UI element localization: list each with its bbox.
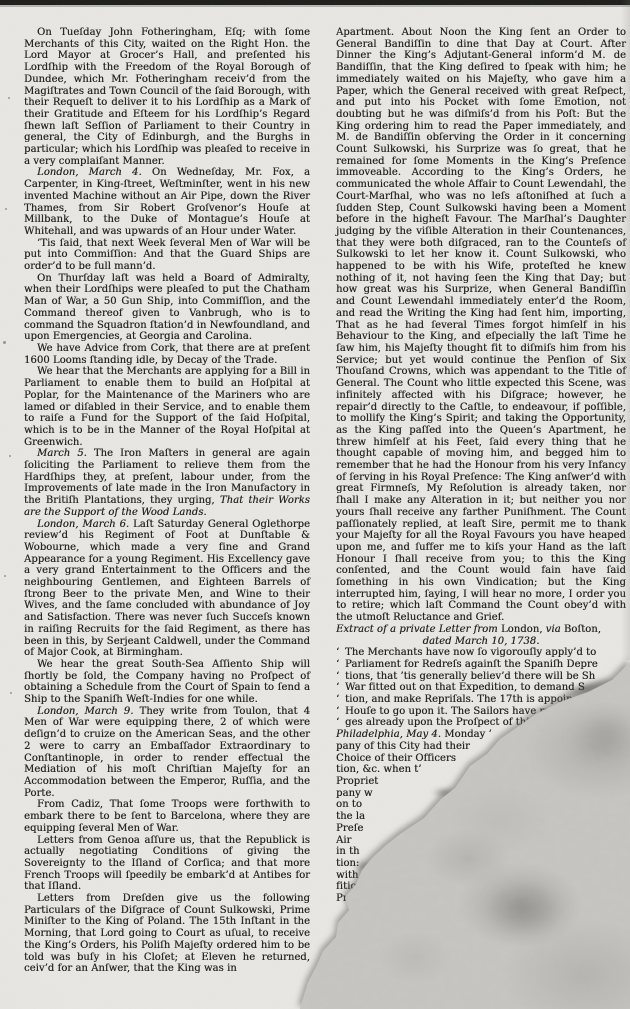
paragraph: March 5. The Iron Maſters in general are… [24,448,310,518]
right-edge-shading [621,0,630,660]
text-segment: Extract of a private Letter from [336,624,501,635]
newspaper-page: On Tueſday John Fotheringham, Eſq; with … [0,0,630,1009]
paragraph: We have Advice from Cork, that there are… [24,343,310,366]
fragment-line: tion: [336,858,626,870]
text-segment: ges already upon the Proſpect of thi [345,717,529,728]
text-segment: On Tueſday John Fotheringham, Eſq; with … [24,27,310,167]
quote-mark: ‘ [336,706,345,718]
paragraph: Letters from Dreſden give us the followi… [24,893,310,975]
text-segment: tions, that ’tis generally believ’d ther… [345,671,595,682]
text-segment: March 5. [37,448,87,459]
right-column: Apartment. About Noon the King ſent an O… [336,27,626,905]
quote-mark: ‘ [336,659,345,671]
text-segment: Choice of their Officers [336,753,456,764]
paragraph: Letters from Genoa aſſure us, that the R… [24,835,310,894]
quote-mark: ‘ [336,717,345,729]
text-segment: Monday ’ [441,729,492,740]
text-segment: On Thurſday laſt was held a Board of Adm… [24,273,310,343]
text-segment: ’Tis ſaid, that next Week ſeveral Men of… [24,238,310,272]
fragment-line: in th [336,846,626,858]
quote-mark: ‘ [336,682,345,694]
paragraph: London, March 4. On Wedneſday, Mr. Fox, … [24,167,310,237]
text-segment: Apartment. About Noon the King ſent an O… [336,27,626,623]
text-segment: fitior [336,881,361,892]
text-segment: We hear the great South-Sea Aſſiento Shi… [24,659,310,705]
ink-speck [3,341,6,344]
quote-mark: ‘ [336,694,345,706]
text-segment: Pro- [336,893,357,904]
text-segment: Boſton, [564,624,601,635]
text-segment: Parliament for Redreſs againſt the Spani… [345,659,598,670]
fragment-line: with [336,870,626,882]
text-segment: on to [336,799,362,810]
text-segment: We have Advice from Cork, that there are… [24,343,310,366]
fragment-line: tion, &c. when t’ [336,764,626,776]
text-segment: Letters from Genoa aſſure us, that the R… [24,835,310,893]
paragraph: London, March 6. Laſt Saturday General O… [24,519,310,659]
text-segment: London, March 6. [37,519,129,530]
text-segment: We hear that the Merchants are applying … [24,366,310,447]
quote-mark: ‘ [336,671,345,683]
text-segment: Philadelphia, May 4. [336,729,441,740]
left-column: On Tueſday John Fotheringham, Eſq; with … [24,27,310,975]
text-segment: in th [336,846,360,857]
text-segment: dated March 10, 1738. [423,636,540,647]
fragment-line: Propriet [336,776,626,788]
ink-speck [4,575,6,577]
text-segment: tion, &c. when t’ [336,764,421,775]
tear-dark-patch [470,870,580,950]
text-segment: War fitted out on that Expedition, to de… [345,682,585,693]
paragraph: We hear that the Merchants are applying … [24,366,310,448]
ink-speck [5,208,7,210]
paragraph: We hear the great South-Sea Aſſiento Shi… [24,659,310,706]
fragment-line: the la [336,811,626,823]
text-segment: pany of this City had their [336,741,470,752]
text-segment: via [546,624,564,635]
ink-smudge [350,856,378,878]
text-segment: Air [336,835,351,846]
text-segment: London, March 9. [37,706,133,717]
ink-speck [9,455,11,457]
paragraph: From Cadiz, That ſome Troops were forthw… [24,799,310,834]
letter-line: ‘The Merchants have now ſo vigorouſly ap… [336,647,626,659]
text-segment: tion, and make Repriſals. The 17th is ap… [345,694,573,705]
text-segment: The Merchants have now ſo vigorouſly app… [345,647,596,658]
paragraph: ’Tis ſaid, that next Week ſeveral Men of… [24,238,310,273]
right-column-paragraphs: Apartment. About Noon the King ſent an O… [336,27,626,624]
text-segment: Preſe [336,823,363,834]
fragment-line: Air [336,835,626,847]
paragraph: On Tueſday John Fotheringham, Eſq; with … [24,27,310,167]
ink-speck [10,692,12,694]
text-segment: From Cadiz, That ſome Troops were forthw… [24,799,310,833]
fragment-line: on to [336,799,626,811]
text-segment: Laſt Saturday General Oglethorpe review’… [24,519,310,659]
text-segment: Letters from Dreſden give us the followi… [24,893,310,974]
page-top-ink-band [0,0,630,5]
text-segment: the la [336,811,365,822]
ink-speck [8,97,10,99]
letter-heading-line1: Extract of a private Letter from London,… [336,624,626,636]
text-segment: Houſe to go upon it. The Sailors have ra… [345,706,554,717]
text-segment: London, March 4. [37,167,142,178]
quote-mark: ‘ [336,647,345,659]
ink-smudge [428,786,460,799]
fragment-line: pany w [336,788,626,800]
text-segment: Propriet [336,776,378,787]
letter-heading-line2: dated March 10, 1738. [336,636,626,648]
letter-line: ‘Parliament for Redreſs againſt the Span… [336,659,626,671]
text-segment: They write from Toulon, that 4 Men of Wa… [24,706,310,799]
text-segment: pany w [336,788,373,799]
text-segment: London, [501,624,546,635]
paragraph: On Thurſday laſt was held a Board of Adm… [24,273,310,343]
fragment-line: Preſe [336,823,626,835]
paragraph: Apartment. About Noon the King ſent an O… [336,27,626,624]
paragraph: London, March 9. They write from Toulon,… [24,706,310,800]
